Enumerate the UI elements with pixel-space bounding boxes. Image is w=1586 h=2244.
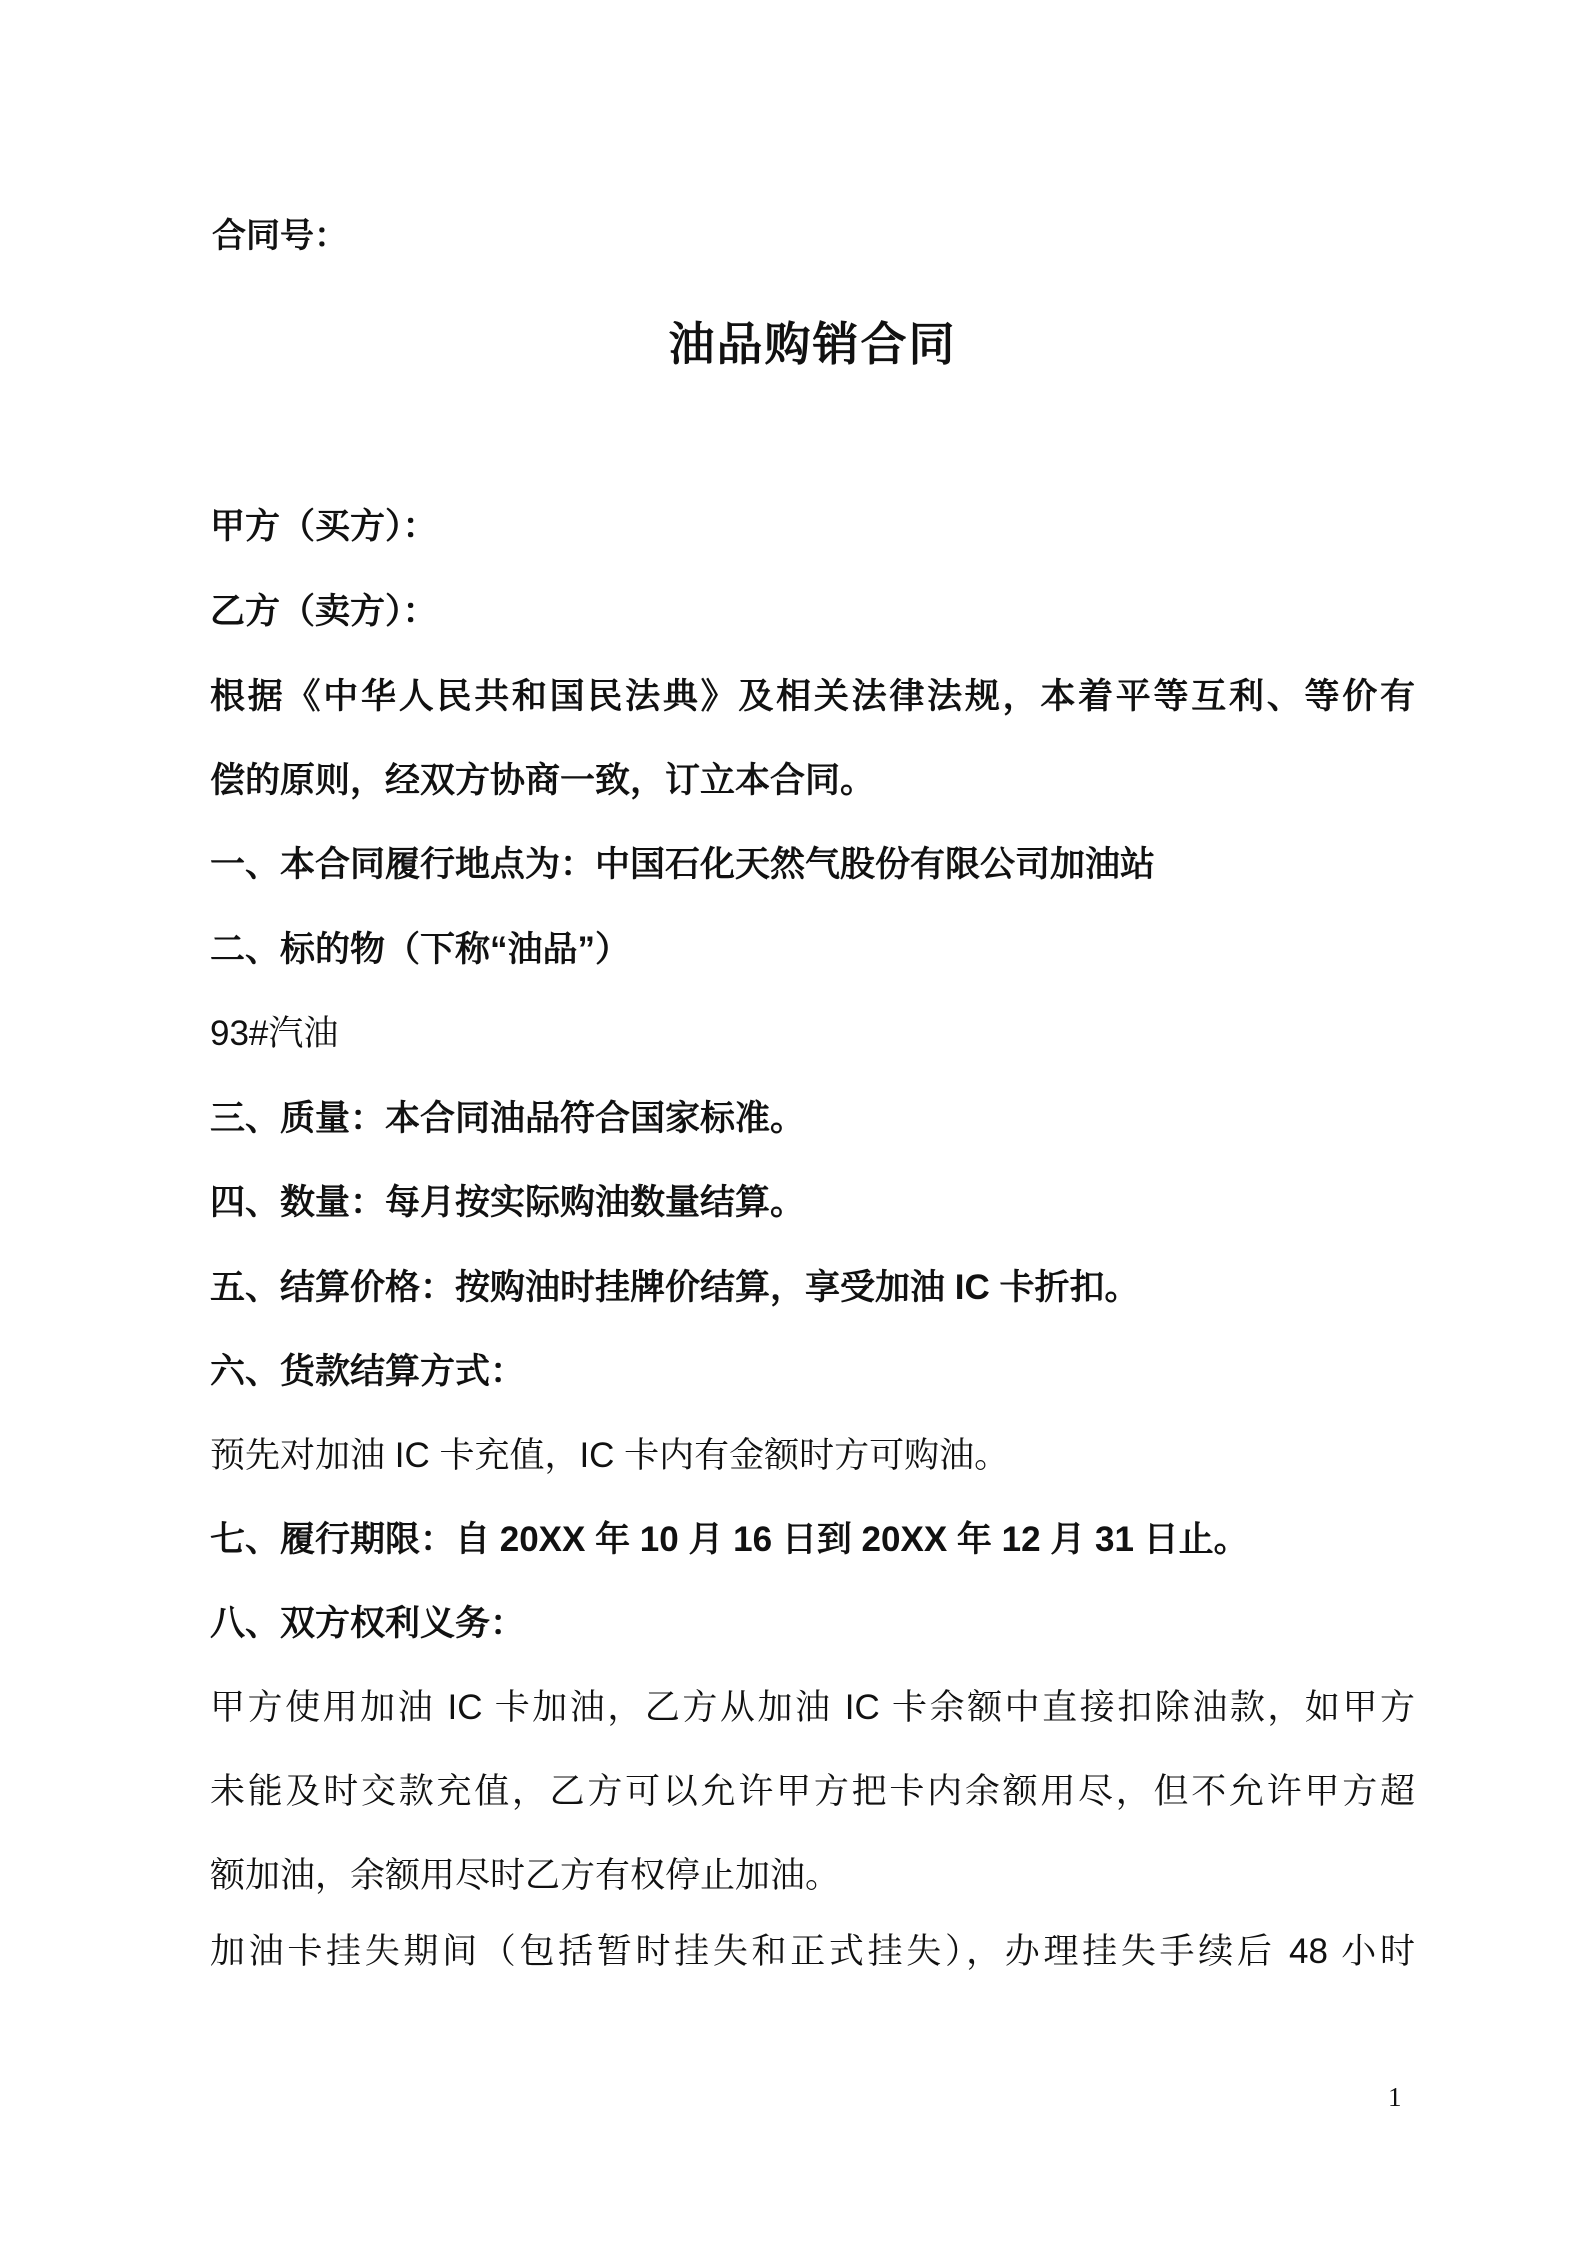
clause-2-heading: 二、标的物（下称“油品”） (210, 928, 1415, 972)
card-loss-line: 加油卡挂失期间（包括暂时挂失和正式挂失），办理挂失手续后 48 小时 (210, 1930, 1415, 1978)
party-b-line: 乙方（卖方）： (210, 590, 1415, 634)
clause-6-body: 预先对加油 IC 卡充值，IC 卡内有金额时方可购油。 (210, 1434, 1415, 1478)
document-title: 油品购销合同 (210, 308, 1415, 374)
clause-8-body-line-1: 甲方使用加油 IC 卡加油，乙方从加油 IC 卡余额中直接扣除油款，如甲方 (210, 1686, 1415, 1734)
clause-6-heading: 六、货款结算方式： (210, 1350, 1415, 1394)
contract-number-label: 合同号： (212, 208, 348, 257)
clause-5-heading: 五、结算价格：按购油时挂牌价结算，享受加油 IC 卡折扣。 (210, 1266, 1415, 1310)
clause-7-heading: 七、履行期限：自 20XX 年 10 月 16 日到 20XX 年 12 月 3… (210, 1518, 1415, 1562)
clause-4-heading: 四、数量：每月按实际购油数量结算。 (210, 1181, 1415, 1225)
party-a-line: 甲方（买方）： (210, 505, 1415, 549)
clause-3-heading: 三、质量：本合同油品符合国家标准。 (210, 1097, 1415, 1141)
preamble-line-2: 偿的原则，经双方协商一致，订立本合同。 (210, 759, 1415, 803)
preamble-line-1: 根据《中华人民共和国民法典》及相关法律法规，本着平等互利、等价有 (210, 675, 1415, 723)
clause-8-body-line-3: 额加油，余额用尽时乙方有权停止加油。 (210, 1854, 1415, 1898)
product-line: 93#汽油 (210, 1012, 1415, 1056)
contract-document-page: 合同号： 油品购销合同 甲方（买方）： 乙方（卖方）： 根据《中华人民共和国民法… (0, 0, 1586, 2244)
clause-8-heading: 八、双方权利义务： (210, 1602, 1415, 1646)
clause-8-body-line-2: 未能及时交款充值，乙方可以允许甲方把卡内余额用尽，但不允许甲方超 (210, 1770, 1415, 1818)
page-number: 1 (1388, 2082, 1402, 2113)
clause-1-heading: 一、本合同履行地点为：中国石化天然气股份有限公司加油站 (210, 843, 1415, 887)
